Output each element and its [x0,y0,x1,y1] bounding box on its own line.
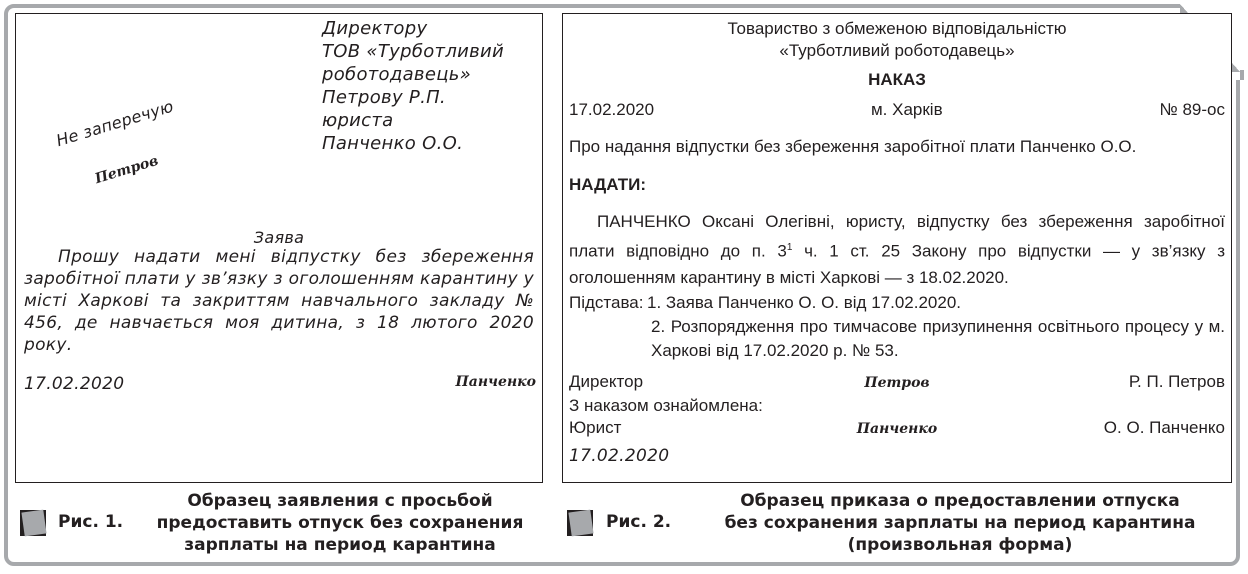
addressee-line: юриста [322,109,504,132]
addressee-line: Петрову Р.П. [322,86,504,109]
order-title: НАКАЗ [569,70,1225,90]
order-city: м. Харків [871,100,943,120]
order-subject: Про надання відпустки без збереження зар… [569,137,1225,157]
basis-block: Підстава: 1. Заява Панченко О. О. від 17… [569,291,1225,363]
figure-marker-icon [20,510,46,536]
figure-marker-icon [567,510,593,536]
approval-signature: Петров [93,153,160,187]
basis-label: Підстава: [569,291,647,363]
org-line: «Турботливий роботодавець» [569,40,1225,62]
basis-item: 2. Розпорядження про тимчасове призупине… [647,315,1225,363]
employee-signature: Панченко [857,421,937,437]
acknowledged-label: З наказом ознайомлена: [569,396,1225,416]
figure1-label: Рис. 1. [58,512,123,532]
caption-line: предоставить отпуск без сохранения [140,512,540,534]
addressee-line: роботодавець» [322,63,504,86]
employee-name: О. О. Панченко [1025,418,1225,438]
caption-line: зарплаты на период карантина [140,534,540,556]
director-signature-row: Директор Петров Р. П. Петров [569,372,1225,392]
approval-note: Не заперечую [54,96,176,150]
caption-line: Образец заявления с просьбой [140,490,540,512]
caption-line: без сохранения зарплаты на период карант… [690,512,1230,534]
employee-signature-row: Юрист Панченко О. О. Панченко [569,418,1225,438]
order-header-row: 17.02.2020 м. Харків № 89-ос [569,100,1225,120]
caption-line: Образец приказа о предоставлении отпуска [690,490,1230,512]
acknowledgement-date: 17.02.2020 [569,446,1225,466]
director-name: Р. П. Петров [1025,372,1225,392]
applicant-signature: Панченко [456,374,536,390]
application-body: Прошу надати мені відпустку без збережен… [24,246,534,356]
application-body-text: Прошу надати мені відпустку без збережен… [24,247,534,355]
organization-name: Товариство з обмеженою відповідальністю … [569,18,1225,62]
org-line: Товариство з обмеженою відповідальністю [569,18,1225,40]
figure2-caption: Образец приказа о предоставлении отпуска… [690,490,1230,556]
addressee-line: Панченко О.О. [322,132,504,155]
application-date: 17.02.2020 [24,374,124,394]
grant-body: ПАНЧЕНКО Оксані Олегівні, юристу, відпус… [569,209,1225,291]
grant-heading: НАДАТИ: [569,175,1225,195]
caption-line: (произвольная форма) [690,534,1230,556]
application-title: Заява [16,228,542,247]
order-number: № 89-ос [1159,100,1225,120]
figure2-label: Рис. 2. [606,512,671,532]
employee-title: Юрист [569,418,769,438]
addressee-line: ТОВ «Турботливий [322,40,504,63]
addressee-line: Директору [322,17,504,40]
figure1-caption: Образец заявления с просьбой предоставит… [140,490,540,556]
frame-edge [1240,70,1244,80]
director-signature: Петров [864,375,929,391]
application-document: Директору ТОВ «Турботливий роботодавець»… [15,13,543,483]
order-document: Товариство з обмеженою відповідальністю … [562,13,1232,483]
order-date: 17.02.2020 [569,100,654,120]
basis-item: 1. Заява Панченко О. О. від 17.02.2020. [647,291,1225,315]
addressee-block: Директору ТОВ «Турботливий роботодавець»… [322,17,504,155]
director-title: Директор [569,372,769,392]
